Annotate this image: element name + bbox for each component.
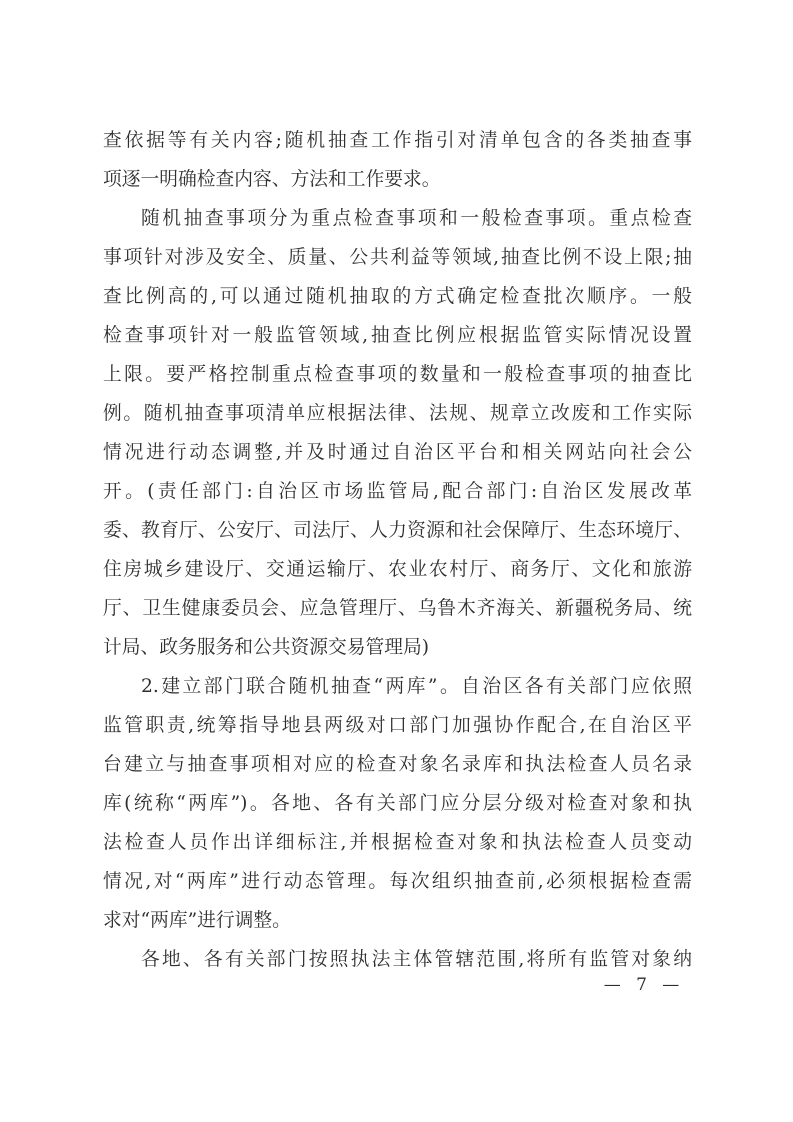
text-line: 库(统称“两库”)。各地、各有关部门应分层分级对检查对象和执 — [103, 784, 692, 823]
text-line: 住房城乡建设厅、交通运输厅、农业农村厅、商务厅、文化和旅游 — [103, 550, 692, 589]
text-line: 台建立与抽查事项相对应的检查对象名录库和执法检查人员名录 — [103, 745, 692, 784]
page-number: — 7 — — [596, 971, 692, 999]
text-line: 情况进行动态调整,并及时通过自治区平台和相关网站向社会公 — [103, 433, 692, 472]
text-line: 求对“两库”进行调整。 — [103, 901, 692, 940]
text-line: 例。随机抽查事项清单应根据法律、法规、规章立改废和工作实际 — [103, 394, 692, 433]
text-line: 随机抽查事项分为重点检查事项和一般检查事项。重点检查 — [103, 199, 692, 238]
text-line: 法检查人员作出详细标注,并根据检查对象和执法检查人员变动 — [103, 823, 692, 862]
text-line: 厅、卫生健康委员会、应急管理厅、乌鲁木齐海关、新疆税务局、统 — [103, 589, 692, 628]
text-line: 情况,对“两库”进行动态管理。每次组织抽查前,必须根据检查需 — [103, 862, 692, 901]
text-line: 查比例高的,可以通过随机抽取的方式确定检查批次顺序。一般 — [103, 277, 692, 316]
text-line: 查依据等有关内容;随机抽查工作指引对清单包含的各类抽查事 — [103, 121, 692, 160]
text-line: 开。(责任部门:自治区市场监管局,配合部门:自治区发展改革 — [103, 472, 692, 511]
text-line: 2.建立部门联合随机抽查“两库”。自治区各有关部门应依照 — [103, 667, 692, 706]
text-line: 委、教育厅、公安厅、司法厅、人力资源和社会保障厅、生态环境厅、 — [103, 511, 692, 550]
text-line: 检查事项针对一般监管领域,抽查比例应根据监管实际情况设置 — [103, 316, 692, 355]
text-line: 项逐一明确检查内容、方法和工作要求。 — [103, 160, 692, 199]
text-line: 上限。要严格控制重点检查事项的数量和一般检查事项的抽查比 — [103, 355, 692, 394]
body-text: 查依据等有关内容;随机抽查工作指引对清单包含的各类抽查事 项逐一明确检查内容、方… — [103, 121, 692, 979]
text-line: 监管职责,统筹指导地县两级对口部门加强协作配合,在自治区平 — [103, 706, 692, 745]
document-page: 查依据等有关内容;随机抽查工作指引对清单包含的各类抽查事 项逐一明确检查内容、方… — [0, 0, 793, 1122]
text-line: 事项针对涉及安全、质量、公共利益等领域,抽查比例不设上限;抽 — [103, 238, 692, 277]
text-line: 计局、政务服务和公共资源交易管理局) — [103, 628, 692, 667]
